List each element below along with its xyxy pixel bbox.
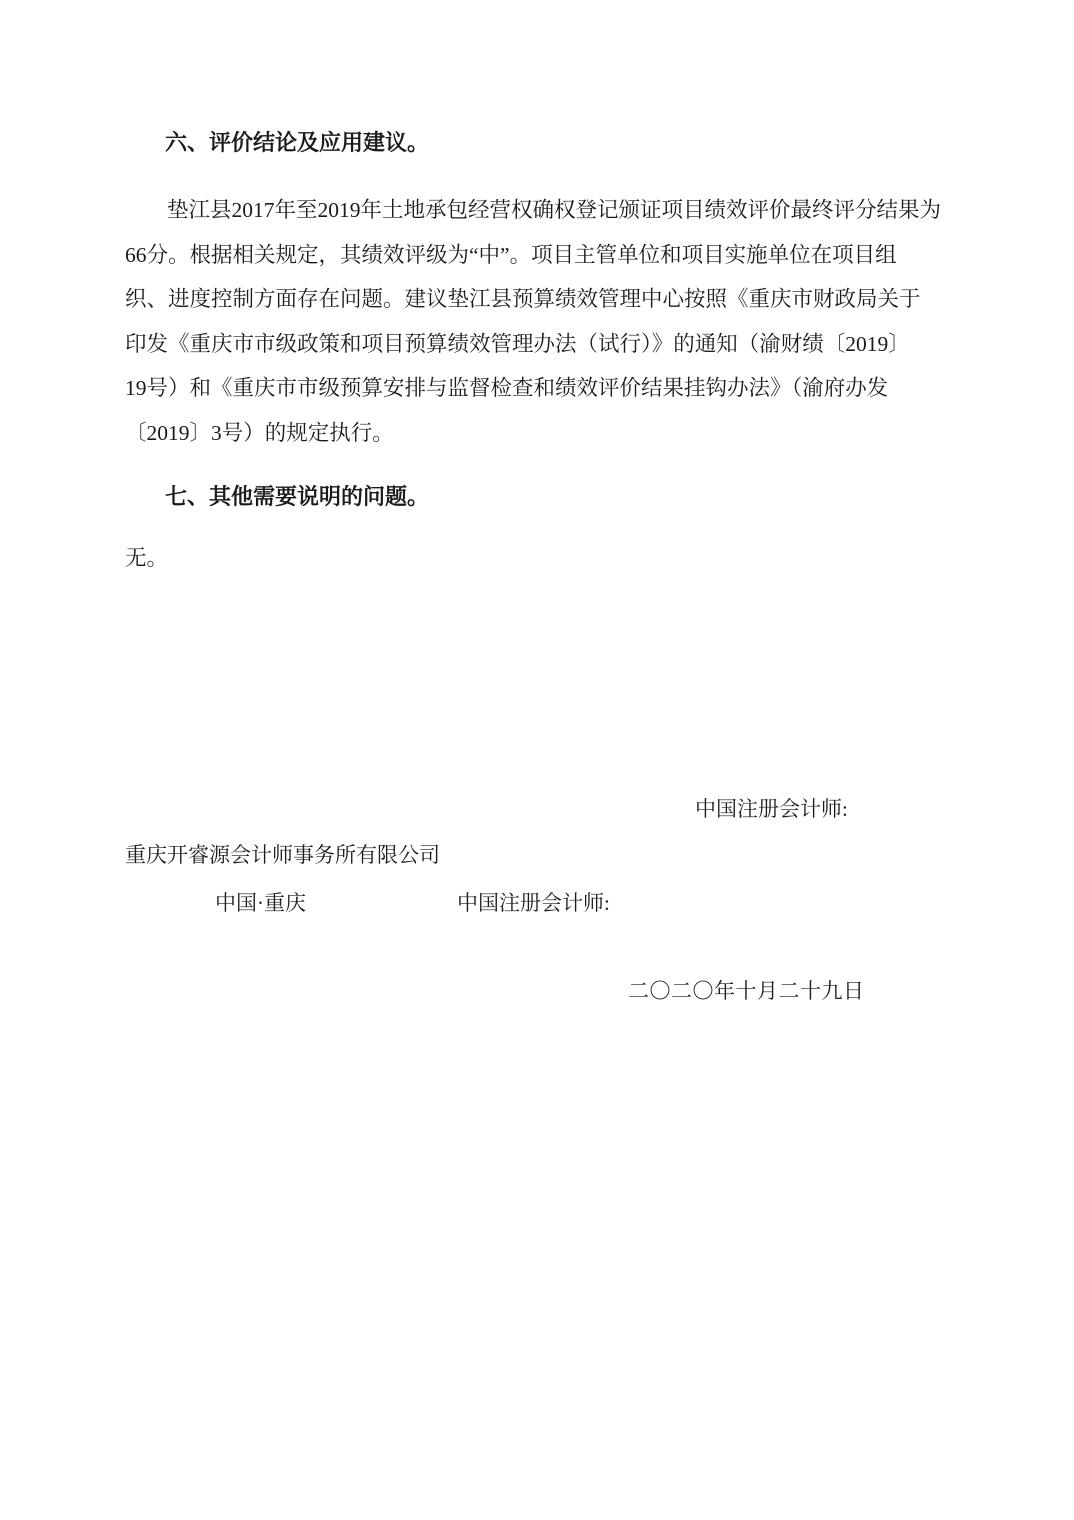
report-date: 二〇二〇年十月二十九日 — [628, 981, 865, 1002]
paragraph-line: 印发《重庆市市级政策和项目预算绩效管理办法（试行）》的通知（渝财绩〔2019〕 — [125, 322, 955, 367]
firm-location: 中国·重庆 — [215, 893, 306, 914]
paragraph-line: 垫江县2017年至2019年土地承包经营权确权登记颁证项目绩效评价最终评分结果为 — [125, 188, 955, 233]
section-six-paragraph: 垫江县2017年至2019年土地承包经营权确权登记颁证项目绩效评价最终评分结果为… — [125, 188, 955, 455]
document-page: 六、评价结论及应用建议。 垫江县2017年至2019年土地承包经营权确权登记颁证… — [0, 0, 1074, 1520]
firm-name: 重庆开睿源会计师事务所有限公司 — [125, 845, 440, 866]
cpa-signature-label-bottom: 中国注册会计师: — [457, 893, 610, 914]
paragraph-line: 19号）和《重庆市市级预算安排与监督检查和绩效评价结果挂钩办法》（渝府办发 — [125, 366, 955, 411]
section-seven-body: 无。 — [125, 548, 168, 570]
paragraph-line: 66分。根据相关规定，其绩效评级为“中”。项目主管单位和项目实施单位在项目组 — [125, 233, 955, 278]
paragraph-line: 〔2019〕3号）的规定执行。 — [125, 411, 955, 456]
paragraph-line: 织、进度控制方面存在问题。建议垫江县预算绩效管理中心按照《重庆市财政局关于 — [125, 277, 955, 322]
section-six-heading: 六、评价结论及应用建议。 — [165, 132, 429, 154]
cpa-signature-label-top: 中国注册会计师: — [695, 799, 848, 820]
section-seven-heading: 七、其他需要说明的问题。 — [165, 486, 429, 508]
